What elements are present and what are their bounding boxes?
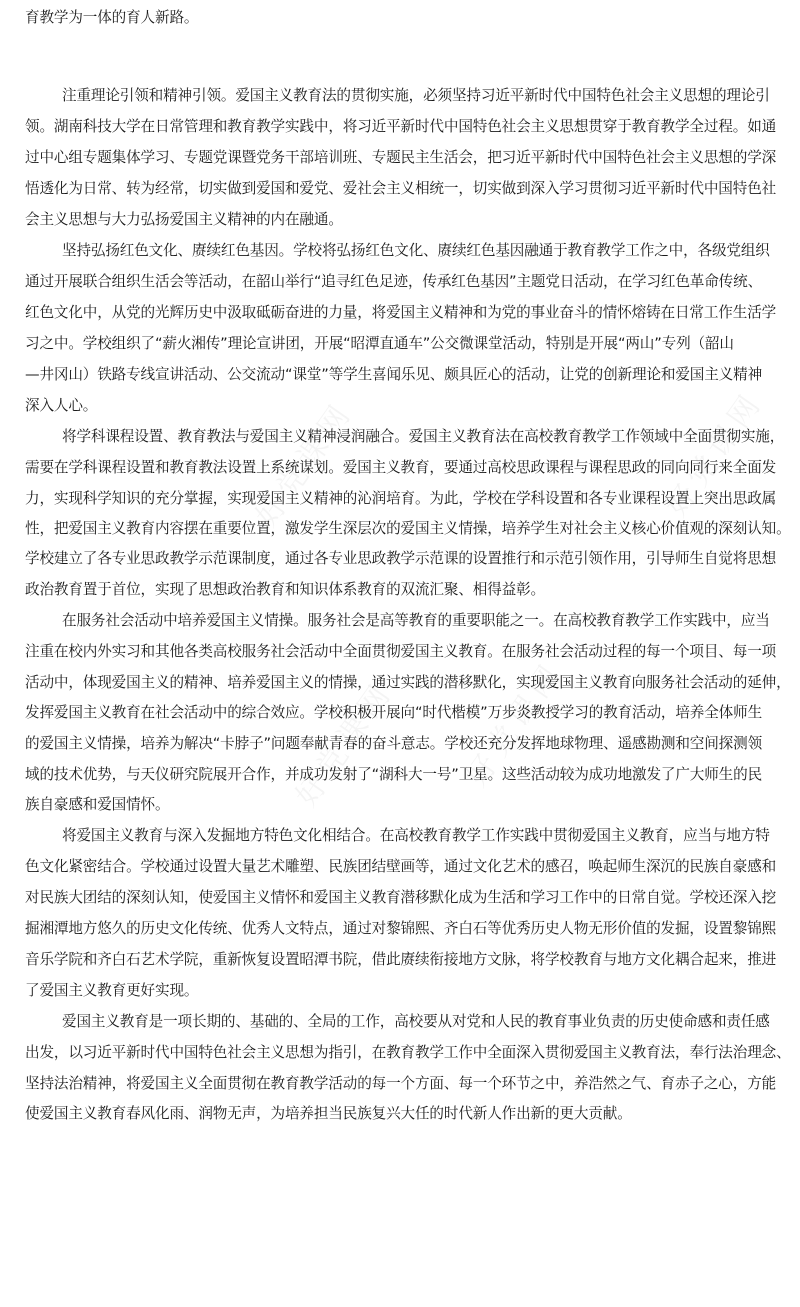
- text-line: 学校建立了各专业思政教学示范课制度，通过各专业思政教学示范课的设置推行和示范引领…: [25, 549, 776, 569]
- text-line: 悟透化为日常、转为经常，切实做到爱国和爱党、爱社会主义相统一，切实做到深入学习贯…: [25, 179, 776, 199]
- text-line: 育教学为一体的育人新路。: [25, 8, 198, 28]
- text-line: 在服务社会活动中培养爱国主义情操。服务社会是高等教育的重要职能之一。在高校教育教…: [62, 611, 770, 631]
- text-line: 领。湖南科技大学在日常管理和教育教学实践中，将习近平新时代中国特色社会主义思想贯…: [25, 117, 776, 137]
- text-line: 将爱国主义教育与深入发掘地方特色文化相结合。在高校教育教学工作实践中贯彻爱国主义…: [62, 826, 770, 846]
- text-line: 会主义思想与大力弘扬爱国主义精神的内在融通。: [25, 210, 343, 230]
- text-line: 将学科课程设置、教育教法与爱国主义精神浸润融合。爱国主义教育法在高校教育教学工作…: [62, 427, 784, 447]
- text-line: 性，把爱国主义教育内容摆在重要位置，激发学生深层次的爱国主义情操，培养学生对社会…: [25, 519, 791, 539]
- text-line: 政治教育置于首位，实现了思想政治教育和知识体系教育的双流汇聚、相得益彰。: [25, 580, 545, 600]
- text-line: 了爱国主义教育更好实现。: [25, 981, 198, 1001]
- text-line: 需要在学科课程设置和教育教法设置上系统谋划。爱国主义教育，要通过高校思政课程与课…: [25, 458, 776, 478]
- text-line: 发挥爱国主义教育在社会活动中的综合效应。学校积极开展向“时代楷模”万步炎教授学习…: [25, 703, 762, 723]
- text-line: 对民族大团结的深刻认知，使爱国主义情怀和爱国主义教育潜移默化成为生活和学习工作中…: [25, 888, 776, 908]
- text-line: 出发，以习近平新时代中国特色社会主义思想为指引，在教育教学工作中全面深入贯彻爱国…: [25, 1043, 791, 1063]
- text-line: 坚持弘扬红色文化、赓续红色基因。学校将弘扬红色文化、赓续红色基因融通于教育教学工…: [62, 241, 770, 261]
- text-line: 注重理论引领和精神引领。爱国主义教育法的贯彻实施，必须坚持习近平新时代中国特色社…: [62, 86, 770, 106]
- text-line: —井冈山）铁路专线宣讲活动、公交流动“课堂”等学生喜闻乐见、颇具匠心的活动，让党…: [25, 365, 762, 385]
- text-line: 活动中，体现爱国主义的精神、培养爱国主义的情操，通过实践的潜移默化，实现爱国主义…: [25, 673, 791, 693]
- text-line: 注重在校内外实习和其他各类高校服务社会活动中全面贯彻爱国主义教育。在服务社会活动…: [25, 642, 776, 662]
- text-line: 爱国主义教育是一项长期的、基础的、全局的工作，高校要从对党和人民的教育事业负责的…: [62, 1012, 770, 1032]
- text-line: 力，实现科学知识的充分掌握，实现爱国主义精神的沁润培育。为此，学校在学科设置和各…: [25, 489, 776, 509]
- text-line: 通过开展联合组织生活会等活动，在韶山举行“追寻红色足迹，传承红色基因”主题党日活…: [25, 272, 762, 292]
- text-line: 深入人心。: [25, 396, 97, 416]
- text-line: 的爱国主义情操，培养为解决“卡脖子”问题奉献青春的奋斗意志。学校还充分发挥地球物…: [25, 734, 762, 754]
- text-line: 红色文化中，从党的光辉历史中汲取砥砺奋进的力量，将爱国主义精神和为党的事业奋斗的…: [25, 303, 776, 323]
- text-line: 使爱国主义教育春风化雨、润物无声，为培养担当民族复兴大任的时代新人作出新的更大贡…: [25, 1104, 632, 1124]
- text-line: 音乐学院和齐白石艺术学院，重新恢复设置昭潭书院，借此赓续衔接地方文脉，将学校教育…: [25, 950, 776, 970]
- text-line: 掘湘潭地方悠久的历史文化传统、优秀人文特点，通过对黎锦熙、齐白石等优秀历史人物无…: [25, 919, 776, 939]
- text-line: 色文化紧密结合。学校通过设置大量艺术雕塑、民族团结壁画等，通过文化艺术的感召，唤…: [25, 857, 776, 877]
- text-line: 过中心组专题集体学习、专题党课暨党务干部培训班、专题民主生活会，把习近平新时代中…: [25, 148, 776, 168]
- text-line: 坚持法治精神，将爱国主义全面贯彻在教育教学活动的每一个方面、每一个环节之中，养浩…: [25, 1074, 776, 1094]
- text-line: 域的技术优势，与天仪研究院展开合作，并成功发射了“湖科大一号”卫星。这些活动较为…: [25, 765, 762, 785]
- text-line: 习之中。学校组织了“薪火湘传”理论宣讲团，开展“昭潭直通车”公交微课堂活动，特别…: [25, 334, 734, 354]
- text-line: 族自豪感和爱国情怀。: [25, 795, 169, 815]
